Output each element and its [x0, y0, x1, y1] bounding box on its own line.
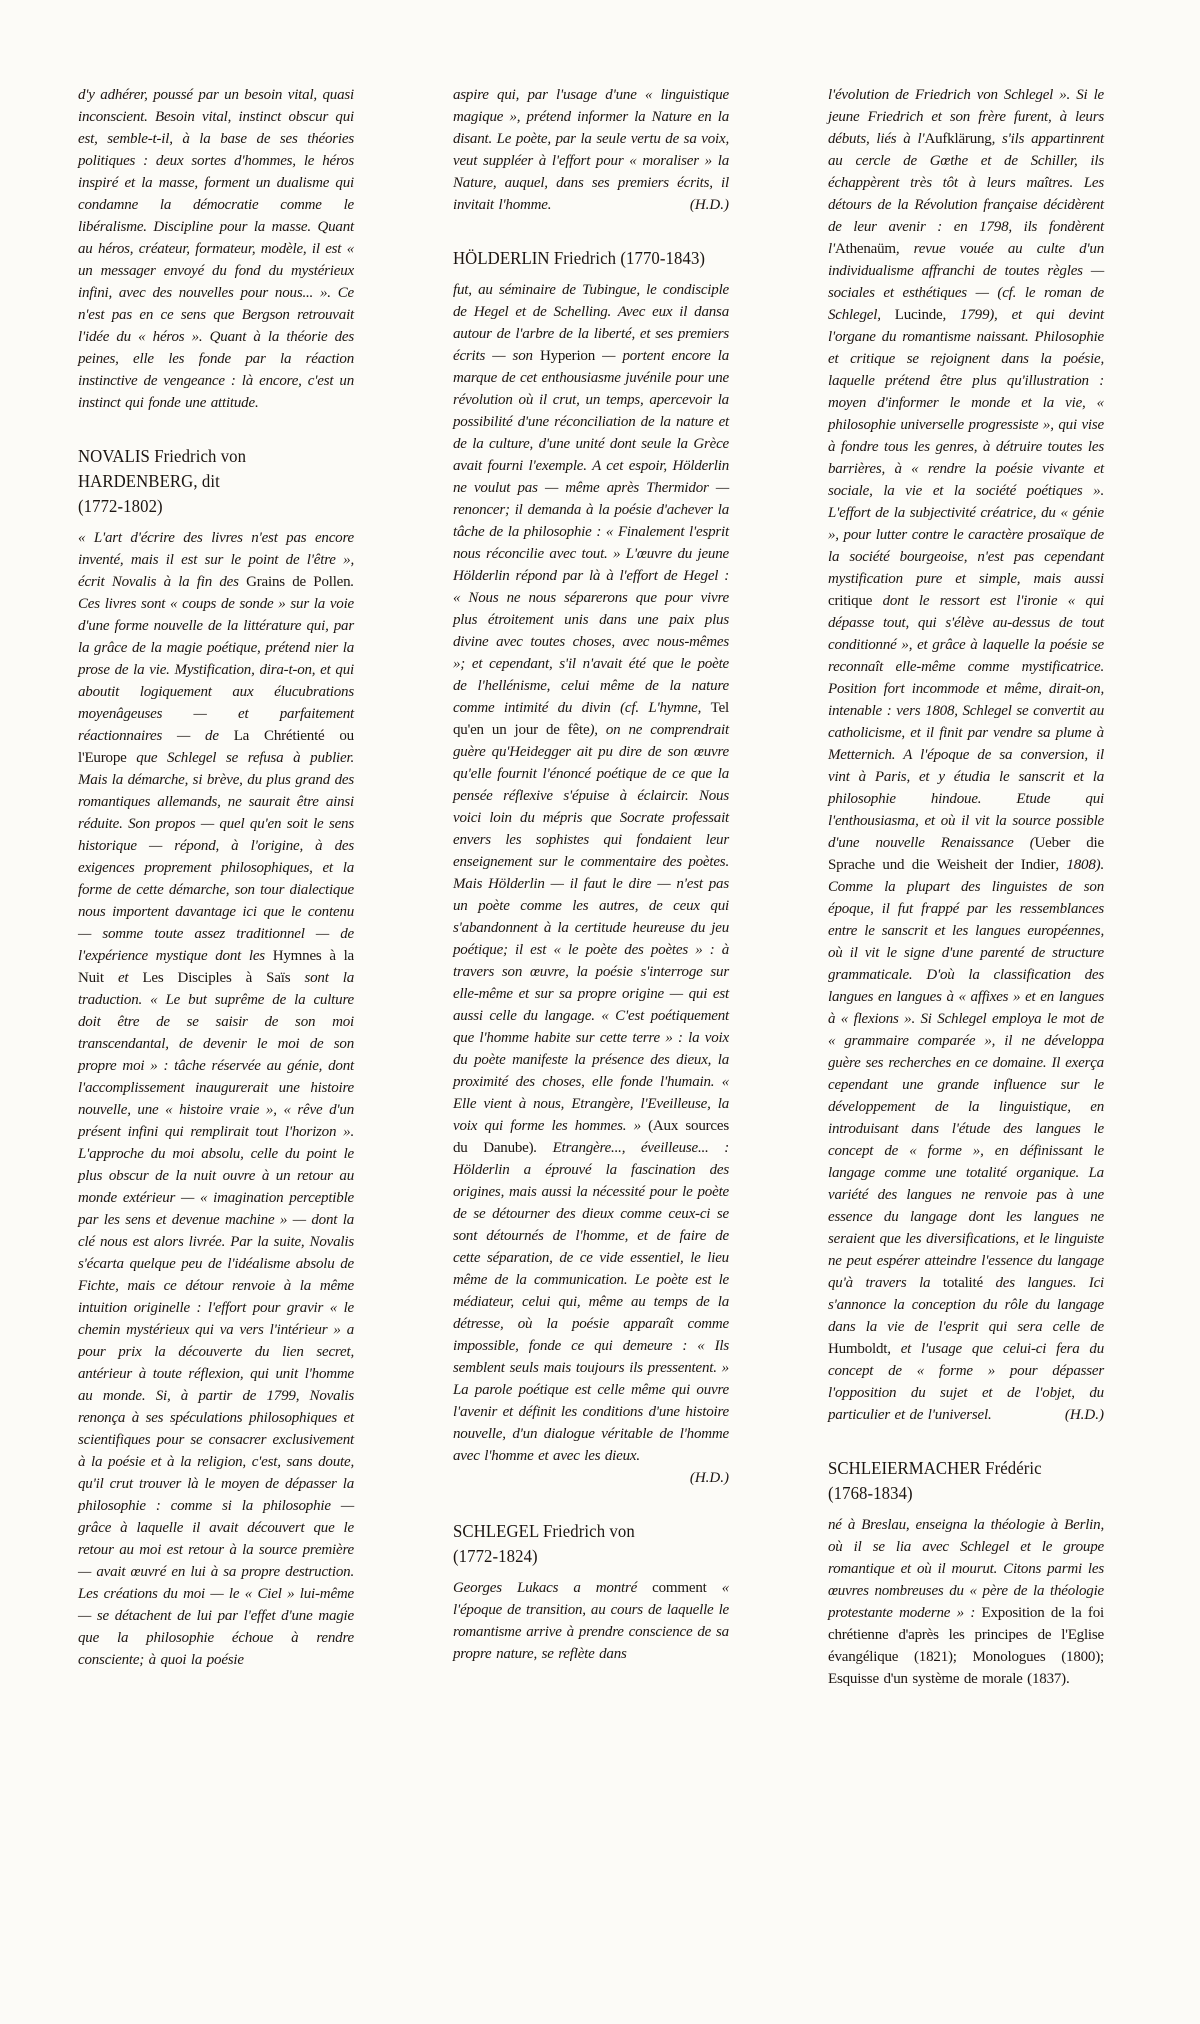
text-segment: dont le ressort est l'ironie « qui dépas…: [828, 593, 1104, 851]
entry-paragraph: Georges Lukacs a montré comment « l'époq…: [453, 1577, 729, 1665]
text-segment: sont la traduction. « Le but suprême de …: [78, 970, 354, 1668]
text-segment: Les Disciples à Saïs: [142, 970, 290, 986]
text-segment: Georges Lukacs a montré: [453, 1580, 652, 1596]
entry-heading: HÖLDERLIN Friedrich (1770-1843): [453, 246, 729, 271]
entry-heading: SCHLEGEL Friedrich von(1772-1824): [453, 1519, 729, 1569]
text-segment: que Schlegel se refusa à publier. Mais l…: [78, 750, 354, 964]
text-segment: , 1799), et qui devint l'organe du roman…: [828, 307, 1104, 587]
entry-paragraph: d'y adhérer, poussé par un besoin vital,…: [78, 84, 354, 414]
text-column-1: d'y adhérer, poussé par un besoin vital,…: [78, 84, 354, 1671]
text-segment: , s'ils appartinrent au cercle de Gœthe …: [828, 131, 1104, 257]
entry-heading-line: (1768-1834): [828, 1481, 1085, 1506]
text-segment: ), on ne comprendrait guère qu'Heidegger…: [453, 722, 729, 1134]
entry-heading-line: SCHLEGEL Friedrich von: [453, 1519, 710, 1544]
entry-paragraph: « L'art d'écrire des livres n'est pas en…: [78, 527, 354, 1671]
text-segment: Hyperion: [540, 348, 595, 364]
entry-paragraph: né à Breslau, enseigna la théologie à Be…: [828, 1514, 1104, 1690]
entry-paragraph: l'évolution de Friedrich von Schlegel ».…: [828, 84, 1104, 1426]
author-initials: (H.D.): [453, 1467, 729, 1489]
text-segment: Grains de Pollen: [246, 574, 350, 590]
entry-heading-line: (1772-1802): [78, 494, 335, 519]
text-segment: . Etrangère..., éveilleuse... : Hölderli…: [453, 1140, 729, 1464]
entry-heading: NOVALIS Friedrich vonHARDENBERG, dit(177…: [78, 444, 354, 519]
text-segment: et: [104, 970, 143, 986]
text-column-3: l'évolution de Friedrich von Schlegel ».…: [828, 84, 1104, 1690]
text-segment: comment: [652, 1580, 706, 1596]
entry-heading-line: SCHLEIERMACHER Frédéric: [828, 1456, 1085, 1481]
entry-heading-line: (1772-1824): [453, 1544, 710, 1569]
entry-heading-line: HÖLDERLIN Friedrich (1770-1843): [453, 246, 710, 271]
text-segment: — portent encore la marque de cet enthou…: [453, 348, 729, 716]
text-segment: Humboldt: [828, 1341, 887, 1357]
text-segment: , 1808). Comme la plupart des linguistes…: [828, 857, 1104, 1291]
scanned-page: d'y adhérer, poussé par un besoin vital,…: [0, 0, 1200, 2024]
text-segment: critique: [828, 593, 872, 609]
entry-heading: SCHLEIERMACHER Frédéric(1768-1834): [828, 1456, 1104, 1506]
text-segment: Aufklärung: [924, 131, 991, 147]
text-column-2: aspire qui, par l'usage d'une « linguist…: [453, 84, 729, 1665]
text-segment: Lucinde: [895, 307, 943, 323]
entry-heading-line: NOVALIS Friedrich von: [78, 444, 335, 469]
text-segment: Athenaüm: [835, 241, 896, 257]
text-segment: d'y adhérer, poussé par un besoin vital,…: [78, 87, 354, 411]
entry-heading-line: HARDENBERG, dit: [78, 469, 335, 494]
entry-paragraph: fut, au séminaire de Tubingue, le condis…: [453, 279, 729, 1467]
text-segment: totalité: [943, 1275, 983, 1291]
text-segment: . Ces livres sont « coups de sonde » sur…: [78, 574, 354, 744]
